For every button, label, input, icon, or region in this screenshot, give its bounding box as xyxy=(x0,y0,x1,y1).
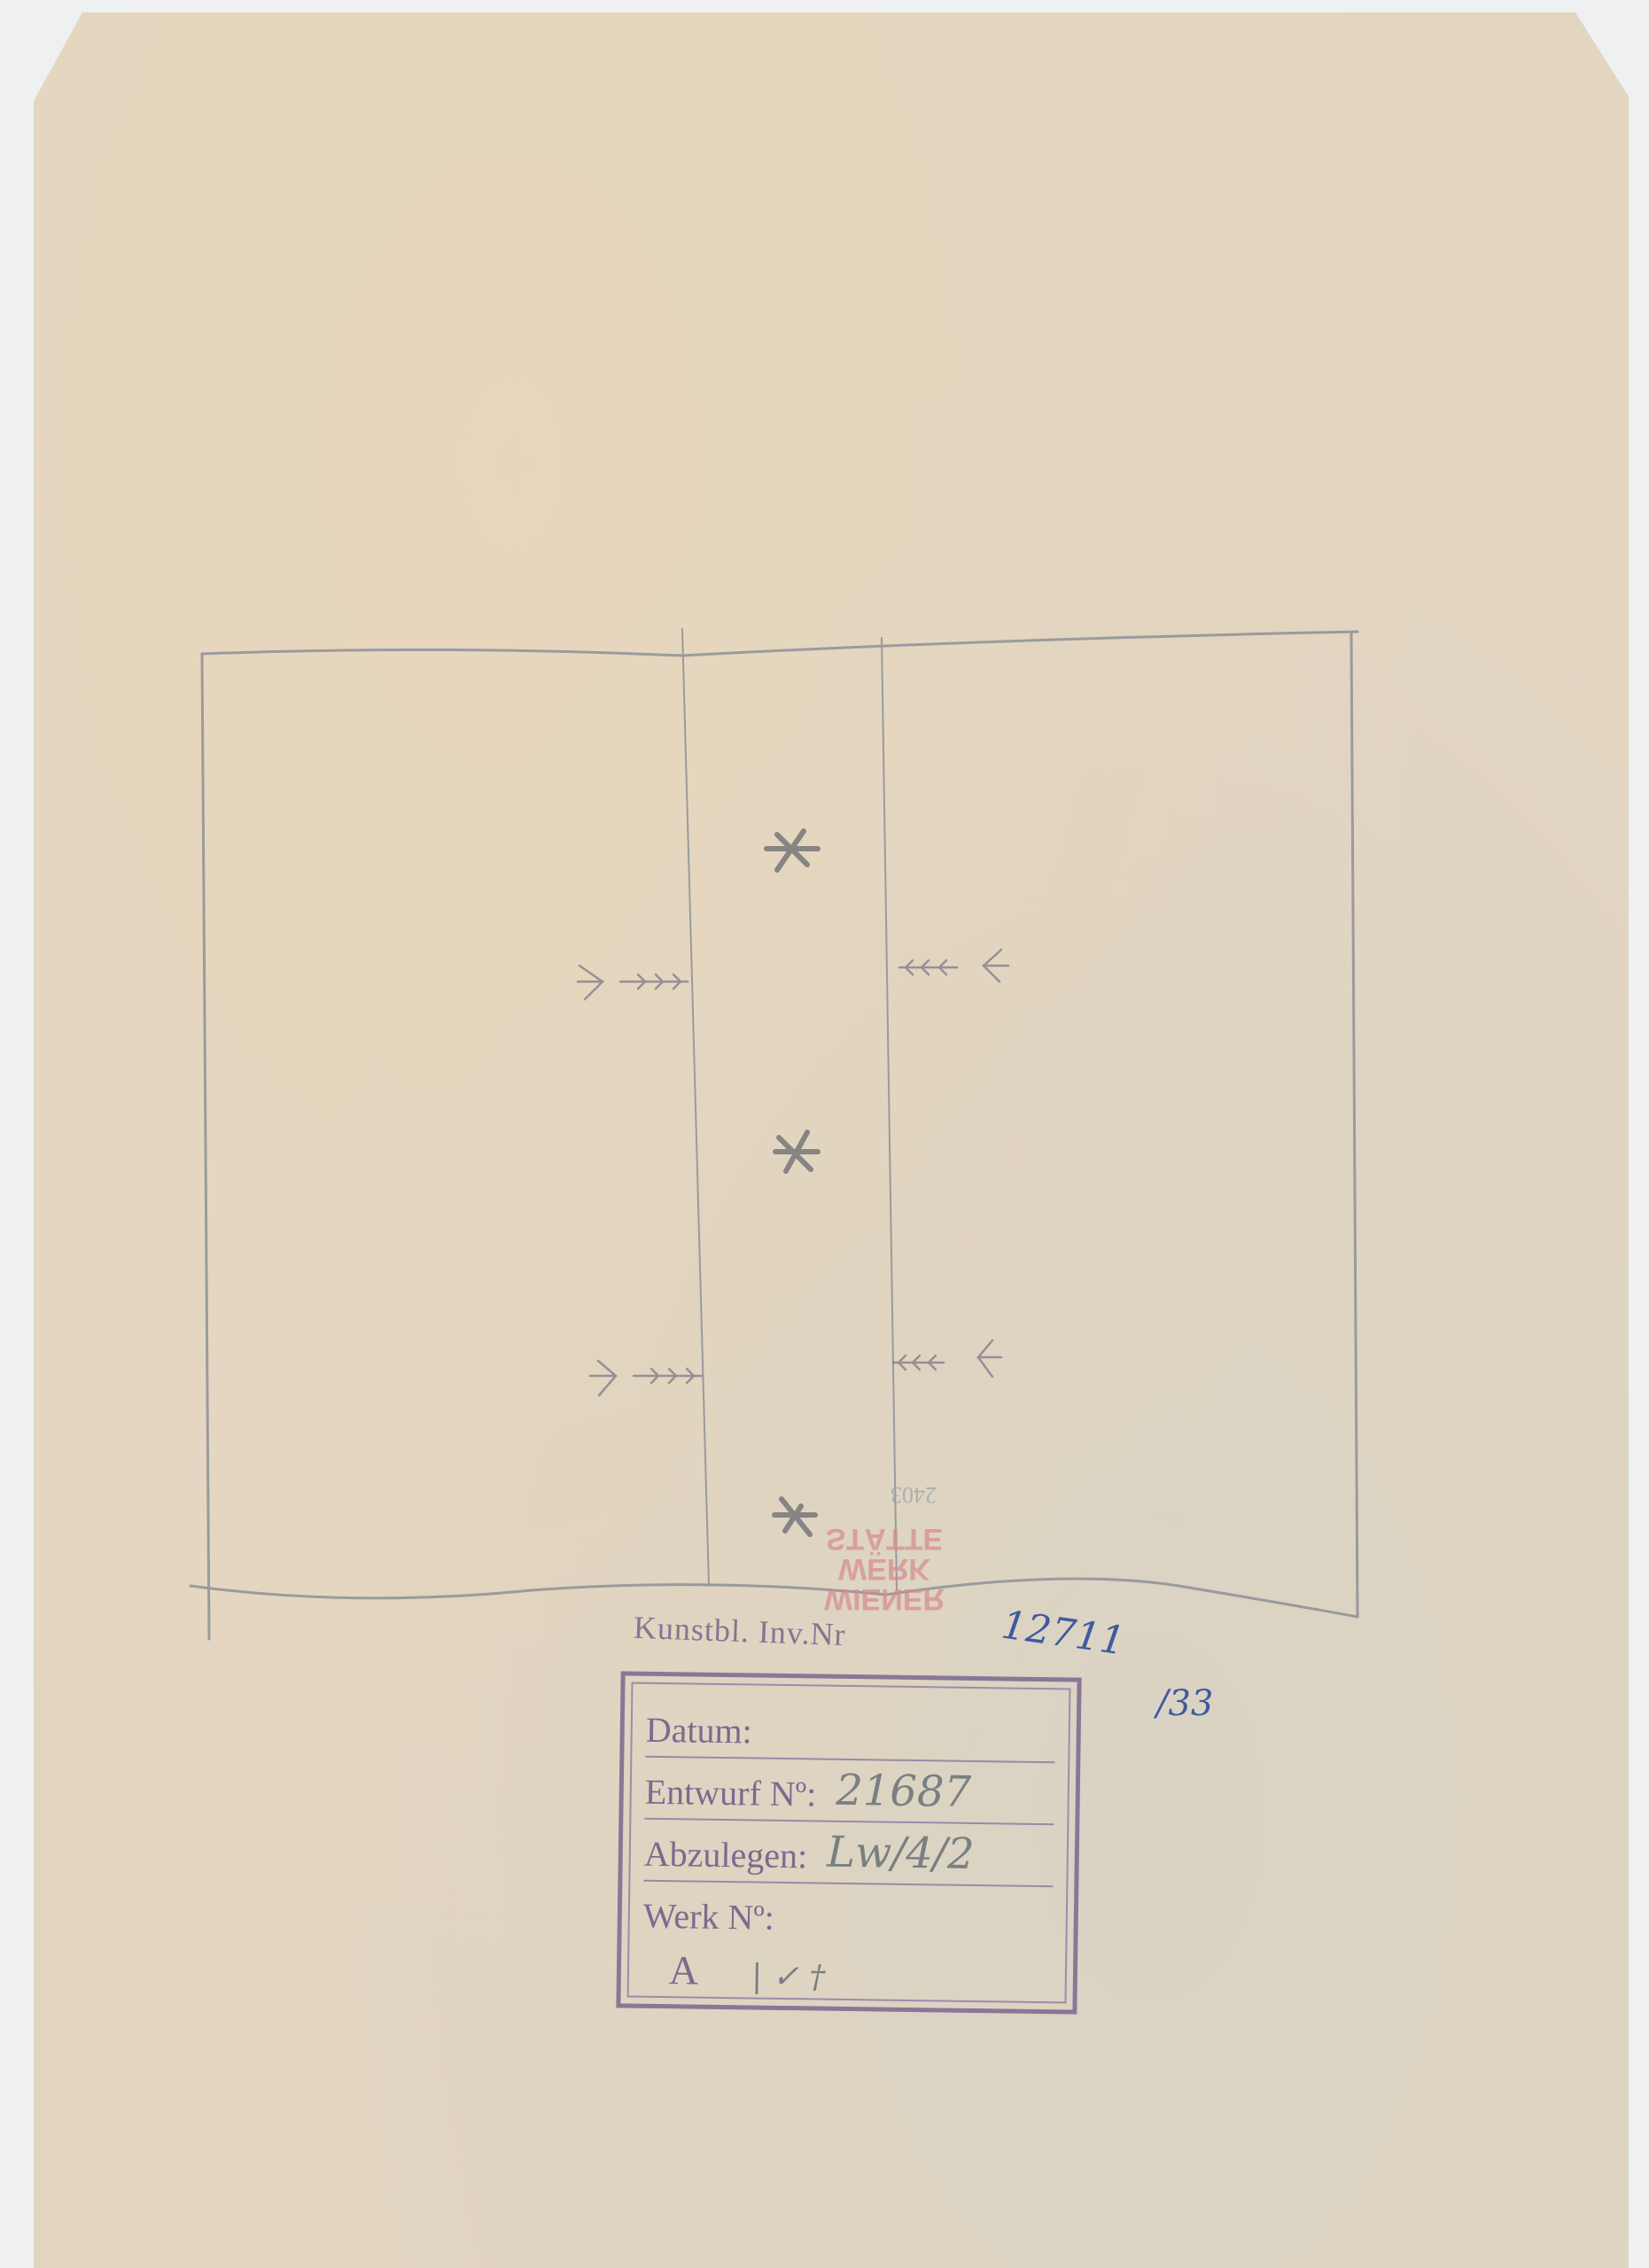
inventory-year-suffix: /33 xyxy=(1156,1683,1213,1724)
pencil-note: 2403 xyxy=(891,1481,937,1508)
inventory-label: Kunstbl. Inv.Nr xyxy=(633,1609,846,1653)
stamp-footer: A | ✓ † xyxy=(642,1931,1053,2004)
stamp-letter: A xyxy=(669,1946,699,1993)
registration-stamp: Datum: Entwurf Nº: 21687 Abzulegen: Lw/4… xyxy=(616,1671,1081,2014)
stamp-label: Entwurf Nº: xyxy=(644,1771,816,1815)
red-workshop-stamp: WIENER WERK STÄTTE xyxy=(824,1524,945,1614)
stamp-value: Lw/4/2 xyxy=(827,1828,975,1879)
red-stamp-line: STÄTTE xyxy=(824,1524,945,1554)
red-stamp-line: WERK xyxy=(824,1554,945,1584)
stamp-value: 21687 xyxy=(836,1766,971,1817)
stamp-label: Datum: xyxy=(645,1709,752,1752)
stamp-label: Abzulegen: xyxy=(643,1833,807,1877)
red-stamp-line: WIENER xyxy=(824,1584,945,1614)
stamp-marks: | ✓ † xyxy=(751,1958,826,1995)
